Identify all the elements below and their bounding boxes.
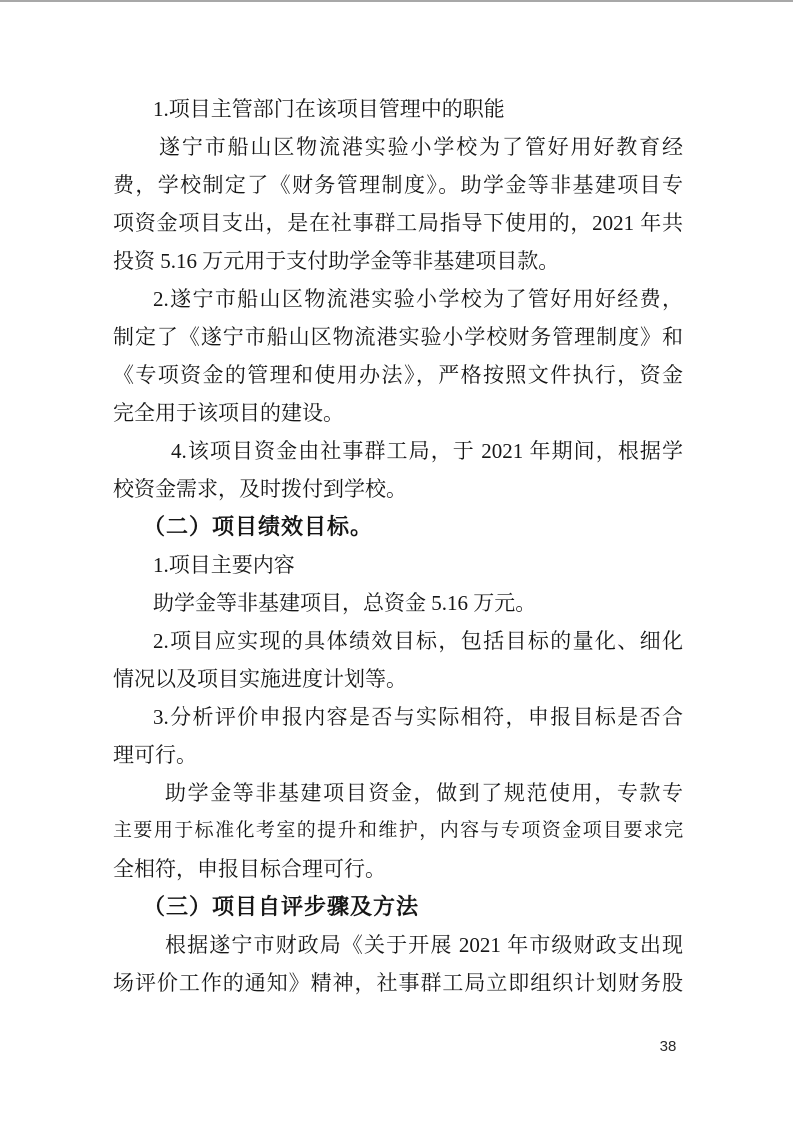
text-line: 助学金等非基建项目资金，做到了规范使用，专款专用， (113, 774, 683, 812)
text-line: 2.项目应实现的具体绩效目标，包括目标的量化、细化 (113, 622, 683, 660)
paragraph: 1.项目主管部门在该项目管理中的职能 (113, 90, 683, 128)
section-heading: （三）项目自评步骤及方法 (113, 888, 683, 926)
text-line: 理可行。 (113, 736, 683, 774)
heading-line: （二）项目绩效目标。 (113, 508, 683, 546)
section-heading: （二）项目绩效目标。 (113, 508, 683, 546)
text-line: 3.分析评价申报内容是否与实际相符，申报目标是否合 (113, 698, 683, 736)
text-line: 投资 5.16 万元用于支付助学金等非基建项目款。 (113, 242, 683, 280)
paragraph: 助学金等非基建项目资金，做到了规范使用，专款专用，主要用于标准化考室的提升和维护… (113, 774, 683, 888)
text-line: 场评价工作的通知》精神，社事群工局立即组织计划财务股 (113, 964, 683, 1002)
text-line: 项资金项目支出，是在社事群工局指导下使用的，2021 年共 (113, 204, 683, 242)
text-line: 4.该项目资金由社事群工局，于 2021 年期间，根据学 (113, 432, 683, 470)
text-line: 情况以及项目实施进度计划等。 (113, 660, 683, 698)
text-line: 全相符，申报目标合理可行。 (113, 850, 683, 888)
text-line: 1.项目主要内容 (113, 546, 683, 584)
paragraph: 2.项目应实现的具体绩效目标，包括目标的量化、细化情况以及项目实施进度计划等。 (113, 622, 683, 698)
text-line: 主要用于标准化考室的提升和维护，内容与专项资金项目要求完 (113, 812, 683, 850)
text-line: 2.遂宁市船山区物流港实验小学校为了管好用好经费， (113, 280, 683, 318)
paragraph: 遂宁市船山区物流港实验小学校为了管好用好教育经费，学校制定了《财务管理制度》。助… (113, 128, 683, 280)
heading-line: （三）项目自评步骤及方法 (113, 888, 683, 926)
paragraph: 3.分析评价申报内容是否与实际相符，申报目标是否合理可行。 (113, 698, 683, 774)
text-line: 完全用于该项目的建设。 (113, 394, 683, 432)
text-line: 1.项目主管部门在该项目管理中的职能 (113, 90, 683, 128)
page-number: 38 (652, 1038, 684, 1055)
text-line: 遂宁市船山区物流港实验小学校为了管好用好教育经 (113, 128, 683, 166)
text-line: 费，学校制定了《财务管理制度》。助学金等非基建项目专 (113, 166, 683, 204)
text-line: 校资金需求，及时拨付到学校。 (113, 470, 683, 508)
paragraph: 2.遂宁市船山区物流港实验小学校为了管好用好经费，制定了《遂宁市船山区物流港实验… (113, 280, 683, 432)
text-block: 1.项目主管部门在该项目管理中的职能遂宁市船山区物流港实验小学校为了管好用好教育… (113, 90, 683, 1002)
text-line: 制定了《遂宁市船山区物流港实验小学校财务管理制度》和 (113, 318, 683, 356)
text-line: 《专项资金的管理和使用办法》，严格按照文件执行，资金 (113, 356, 683, 394)
page-top-edge (0, 0, 793, 2)
text-line: 根据遂宁市财政局《关于开展 2021 年市级财政支出现 (113, 926, 683, 964)
paragraph: 助学金等非基建项目，总资金 5.16 万元。 (113, 584, 683, 622)
paragraph: 根据遂宁市财政局《关于开展 2021 年市级财政支出现场评价工作的通知》精神，社… (113, 926, 683, 1002)
text-line: 助学金等非基建项目，总资金 5.16 万元。 (113, 584, 683, 622)
paragraph: 4.该项目资金由社事群工局，于 2021 年期间，根据学校资金需求，及时拨付到学… (113, 432, 683, 508)
paragraph: 1.项目主要内容 (113, 546, 683, 584)
